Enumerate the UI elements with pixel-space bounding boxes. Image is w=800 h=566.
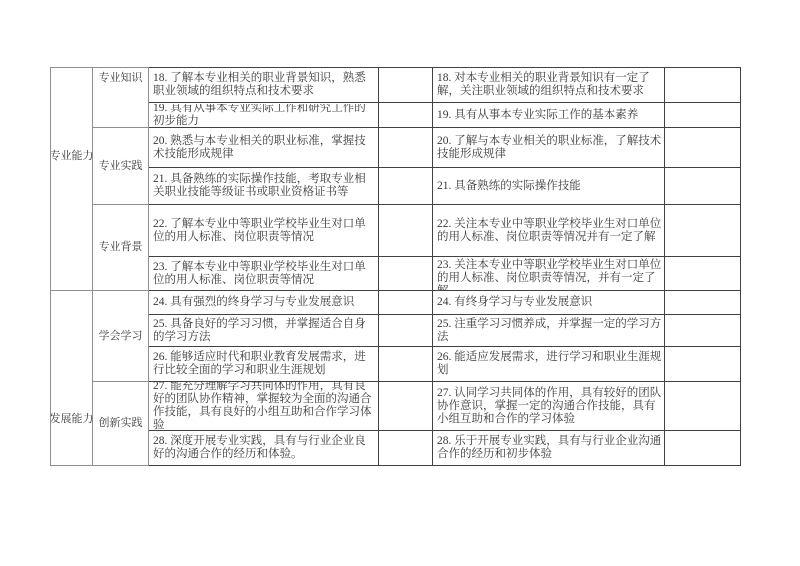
descriptor-cell-left: 24. 具有强烈的终身学习与专业发展意识 — [149, 291, 379, 315]
descriptor-text: 23. 了解本专业中等职业学校毕业生对口单位的用人标准、岗位职责等情况 — [149, 258, 378, 290]
rating-cell — [379, 68, 433, 103]
descriptor-text: 18. 了解本专业相关的职业背景知识，熟悉职业领域的组织特点和技术要求 — [149, 69, 378, 102]
descriptor-text: 27. 能充分理解学习共同体的作用，具有良好的团队协作精神，掌握较为全面的沟通合… — [149, 382, 378, 430]
rating-cell — [665, 168, 741, 205]
subcategory-label: 学会学习 — [93, 291, 148, 381]
category-cell-development-ability: 发展能力 — [51, 291, 93, 466]
descriptor-text: 25. 注重学习习惯养成，并掌握一定的学习方法 — [433, 317, 664, 345]
rating-cell — [379, 103, 433, 128]
descriptor-text: 20. 熟悉与本专业相关的职业标准，掌握技术技能形成规律 — [149, 130, 378, 166]
subcategory-cell-learn-to-learn: 学会学习 — [93, 291, 149, 382]
descriptor-cell-left: 19. 具有从事本专业实际工作和研究工作的初步能力 — [149, 103, 379, 128]
rating-cell — [665, 315, 741, 347]
subcategory-label: 专业知识 — [93, 68, 148, 127]
category-label: 专业能力 — [51, 68, 92, 290]
descriptor-text: 26. 能适应发展需求，进行学习和职业生涯规划 — [433, 348, 664, 379]
rating-cell — [665, 257, 741, 291]
rating-cell — [379, 168, 433, 205]
descriptor-cell-right: 22. 关注本专业中等职业学校毕业生对口单位的用人标准、岗位职责等情况并有一定了… — [433, 205, 665, 257]
rating-cell — [379, 382, 433, 431]
descriptor-text: 27. 认同学习共同体的作用，具有较好的团队协作意识，掌握一定的沟通合作技能，具… — [433, 382, 664, 430]
competency-table: 专业能力 专业知识 18. 了解本专业相关的职业背景知识，熟悉职业领域的组织特点… — [50, 67, 741, 466]
descriptor-cell-left: 22. 了解本专业中等职业学校毕业生对口单位的用人标准、岗位职责等情况 — [149, 205, 379, 257]
subcategory-label: 专业背景 — [93, 206, 148, 289]
rating-cell — [665, 291, 741, 315]
subcategory-label: 专业实践 — [93, 129, 148, 203]
subcategory-cell-professional-knowledge: 专业知识 — [93, 68, 149, 128]
descriptor-text: 26. 能够适应时代和职业教育发展需求，进行比较全面的学习和职业生涯规划 — [149, 348, 378, 379]
descriptor-cell-left: 27. 能充分理解学习共同体的作用，具有良好的团队协作精神，掌握较为全面的沟通合… — [149, 382, 379, 431]
descriptor-text: 22. 关注本专业中等职业学校毕业生对口单位的用人标准、岗位职责等情况并有一定了… — [433, 207, 664, 255]
descriptor-cell-right: 23. 关注本专业中等职业学校毕业生对口单位的用人标准、岗位职责等情况，并有一定… — [433, 257, 665, 291]
category-cell-professional-ability: 专业能力 — [51, 68, 93, 291]
descriptor-text: 23. 关注本专业中等职业学校毕业生对口单位的用人标准、岗位职责等情况，并有一定… — [433, 258, 664, 290]
descriptor-cell-left: 25. 具备良好的学习习惯，并掌握适合自身的学习方法 — [149, 315, 379, 347]
rating-cell — [665, 103, 741, 128]
descriptor-cell-right: 18. 对本专业相关的职业背景知识有一定了解，关注职业领域的组织特点和技术要求 — [433, 68, 665, 103]
descriptor-cell-right: 28. 乐于开展专业实践，具有与行业企业沟通合作的经历和初步体验 — [433, 431, 665, 466]
rating-cell — [379, 431, 433, 466]
category-label: 发展能力 — [51, 291, 92, 465]
subcategory-cell-professional-background: 专业背景 — [93, 205, 149, 291]
descriptor-cell-right: 24. 有终身学习与专业发展意识 — [433, 291, 665, 315]
descriptor-text: 28. 深度开展专业实践，具有与行业企业良好的沟通合作的经历和体验。 — [149, 431, 378, 465]
document-page: 专业能力 专业知识 18. 了解本专业相关的职业背景知识，熟悉职业领域的组织特点… — [0, 0, 800, 566]
rating-cell — [379, 205, 433, 257]
descriptor-text: 24. 具有强烈的终身学习与专业发展意识 — [149, 292, 378, 313]
descriptor-cell-left: 28. 深度开展专业实践，具有与行业企业良好的沟通合作的经历和体验。 — [149, 431, 379, 466]
descriptor-cell-left: 23. 了解本专业中等职业学校毕业生对口单位的用人标准、岗位职责等情况 — [149, 257, 379, 291]
rating-cell — [665, 382, 741, 431]
descriptor-text: 22. 了解本专业中等职业学校毕业生对口单位的用人标准、岗位职责等情况 — [149, 207, 378, 255]
descriptor-text: 28. 乐于开展专业实践，具有与行业企业沟通合作的经历和初步体验 — [433, 431, 664, 465]
descriptor-cell-left: 18. 了解本专业相关的职业背景知识，熟悉职业领域的组织特点和技术要求 — [149, 68, 379, 103]
descriptor-text: 21. 具备熟练的实际操作技能，考取专业相关职业技能等级证书或职业资格证书等 — [149, 169, 378, 204]
subcategory-label: 创新实践 — [93, 383, 148, 464]
rating-cell — [665, 346, 741, 381]
rating-cell — [379, 346, 433, 381]
rating-cell — [665, 431, 741, 466]
descriptor-cell-right: 19. 具有从事本专业实际工作的基本素养 — [433, 103, 665, 128]
subcategory-cell-professional-practice: 专业实践 — [93, 128, 149, 205]
descriptor-text: 21. 具备熟练的实际操作技能 — [433, 169, 664, 204]
descriptor-cell-right: 27. 认同学习共同体的作用，具有较好的团队协作意识，掌握一定的沟通合作技能，具… — [433, 382, 665, 431]
rating-cell — [379, 315, 433, 347]
descriptor-cell-left: 21. 具备熟练的实际操作技能，考取专业相关职业技能等级证书或职业资格证书等 — [149, 168, 379, 205]
descriptor-cell-right: 26. 能适应发展需求，进行学习和职业生涯规划 — [433, 346, 665, 381]
descriptor-cell-right: 25. 注重学习习惯养成，并掌握一定的学习方法 — [433, 315, 665, 347]
descriptor-cell-left: 20. 熟悉与本专业相关的职业标准，掌握技术技能形成规律 — [149, 128, 379, 168]
rating-cell — [665, 68, 741, 103]
descriptor-text: 19. 具有从事本专业实际工作和研究工作的初步能力 — [149, 104, 378, 127]
rating-cell — [665, 128, 741, 168]
descriptor-cell-left: 26. 能够适应时代和职业教育发展需求，进行比较全面的学习和职业生涯规划 — [149, 346, 379, 381]
rating-cell — [379, 291, 433, 315]
descriptor-text: 19. 具有从事本专业实际工作的基本素养 — [433, 104, 664, 127]
rating-cell — [379, 257, 433, 291]
descriptor-cell-right: 20. 了解与本专业相关的职业标准，了解技术技能形成规律 — [433, 128, 665, 168]
descriptor-text: 18. 对本专业相关的职业背景知识有一定了解，关注职业领域的组织特点和技术要求 — [433, 69, 664, 102]
descriptor-text: 24. 有终身学习与专业发展意识 — [433, 292, 664, 313]
descriptor-text: 20. 了解与本专业相关的职业标准，了解技术技能形成规律 — [433, 130, 664, 166]
subcategory-cell-innovation-practice: 创新实践 — [93, 382, 149, 466]
descriptor-cell-right: 21. 具备熟练的实际操作技能 — [433, 168, 665, 205]
rating-cell — [665, 205, 741, 257]
descriptor-text: 25. 具备良好的学习习惯，并掌握适合自身的学习方法 — [149, 317, 378, 345]
rating-cell — [379, 128, 433, 168]
